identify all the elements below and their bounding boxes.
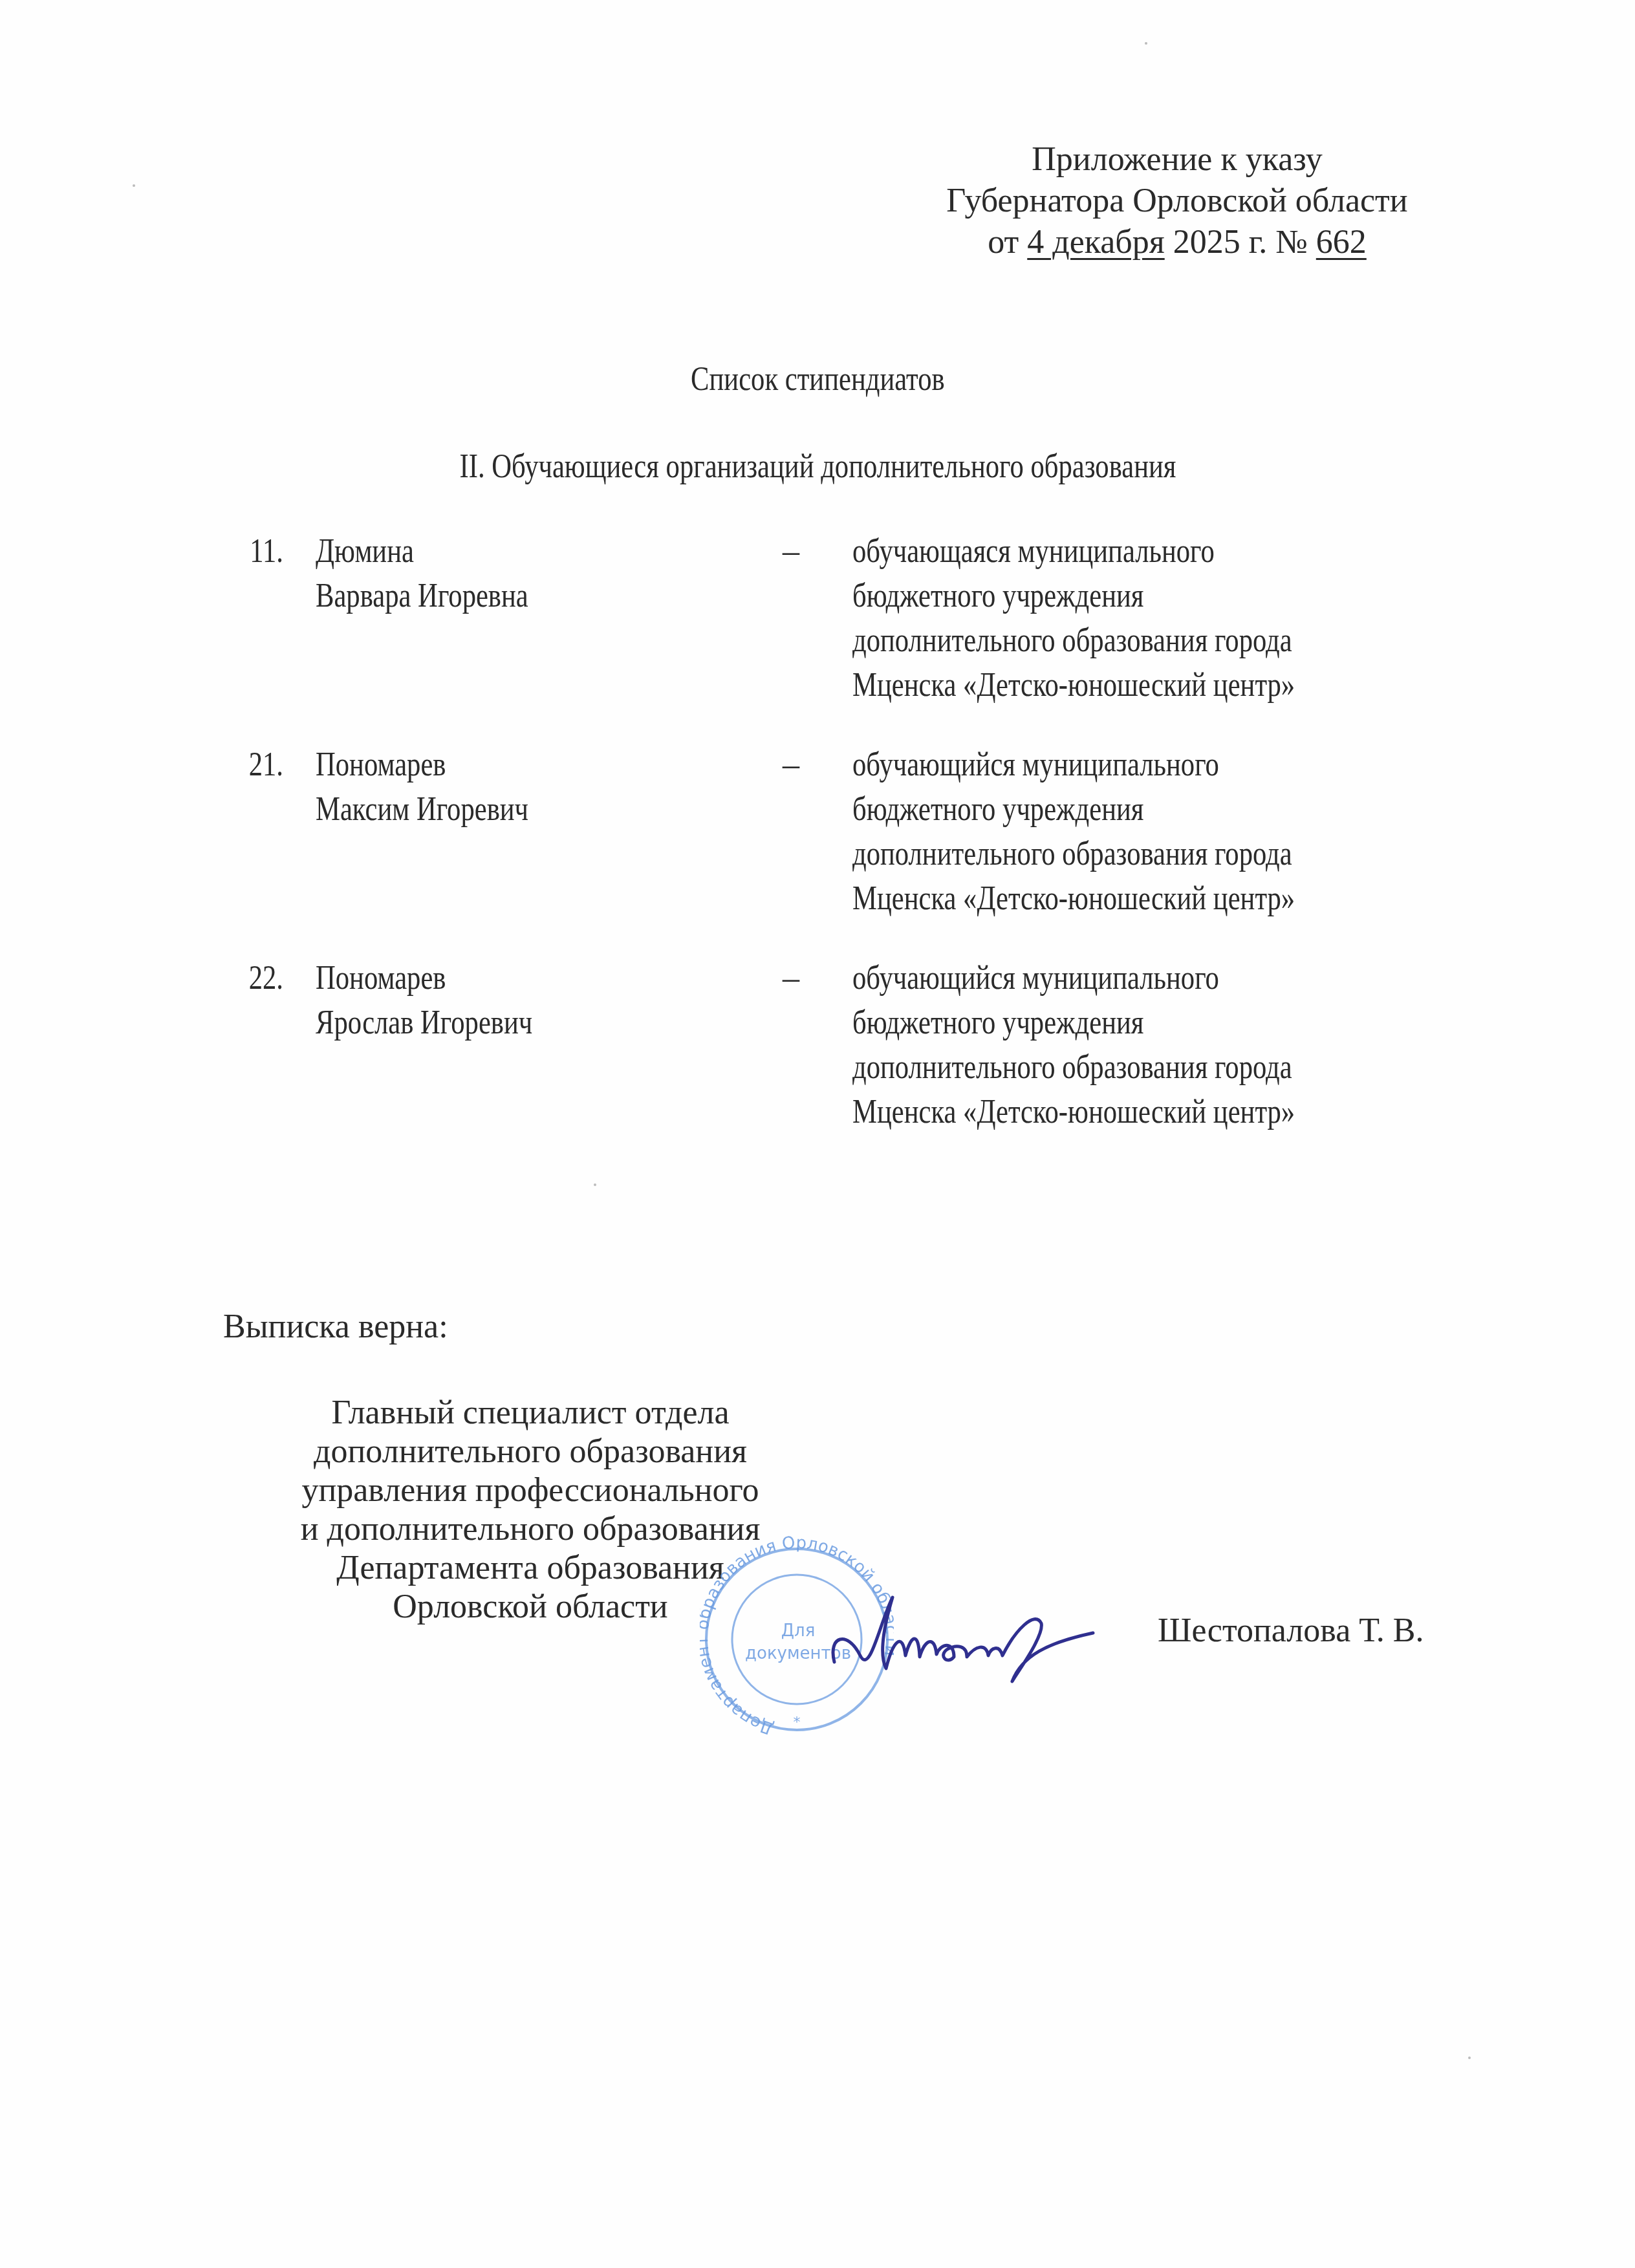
scan-speck xyxy=(1145,42,1147,45)
section-title-text: II. Обучающиеся организаций дополнительн… xyxy=(459,446,1176,488)
appendix-header: Приложение к указу Губернатора Орловской… xyxy=(893,139,1462,263)
entry-description-line: дополнительного образования города xyxy=(852,1045,1436,1090)
scan-speck xyxy=(133,184,135,187)
appendix-line-3: от 4 декабря 2025 г. № 662 xyxy=(893,222,1462,263)
entry-dash: – xyxy=(778,956,804,1000)
entry-description-line: дополнительного образования города xyxy=(852,618,1436,663)
entry-name: Пономарев Ярослав Игоревич xyxy=(316,956,687,1045)
list-item: 22. Пономарев Ярослав Игоревич – обучающ… xyxy=(206,956,1473,1169)
signer-position-line: дополнительного образования xyxy=(220,1432,841,1471)
entry-description-line: Мценска «Детско-юношеский центр» xyxy=(852,1090,1436,1134)
entry-description-line: Мценска «Детско-юношеский центр» xyxy=(852,876,1436,921)
entry-given-names: Ярослав Игоревич xyxy=(316,1000,687,1045)
handwritten-signature-icon xyxy=(821,1584,1132,1688)
entry-name: Дюмина Варвара Игоревна xyxy=(316,529,687,618)
entry-surname: Пономарев xyxy=(316,956,687,1000)
entry-description-line: бюджетного учреждения xyxy=(852,787,1436,832)
appendix-line-2: Губернатора Орловской области xyxy=(893,180,1462,222)
entry-number: 22. xyxy=(220,956,283,1000)
appendix-prefix: от xyxy=(988,224,1027,261)
entry-description: обучающаяся муниципального бюджетного уч… xyxy=(852,529,1436,707)
entry-description: обучающийся муниципального бюджетного уч… xyxy=(852,956,1436,1134)
signer-name: Шестопалова Т. В. xyxy=(1158,1610,1424,1652)
entry-surname: Дюмина xyxy=(316,529,687,574)
decree-date: 4 декабря xyxy=(1027,224,1164,261)
document-page: Приложение к указу Губернатора Орловской… xyxy=(0,0,1635,2268)
entry-number: 11. xyxy=(220,529,283,574)
scan-speck xyxy=(594,1183,596,1186)
entry-description-line: дополнительного образования города xyxy=(852,832,1436,876)
entry-description-line: обучающийся муниципального xyxy=(852,742,1436,787)
decree-number: 662 xyxy=(1316,224,1367,261)
section-title: II. Обучающиеся организаций дополнительн… xyxy=(0,446,1635,488)
appendix-line-1: Приложение к указу xyxy=(893,139,1462,180)
entry-description: обучающийся муниципального бюджетного уч… xyxy=(852,742,1436,921)
decree-year: 2025 г. № xyxy=(1165,224,1316,261)
entry-given-names: Варвара Игоревна xyxy=(316,574,687,618)
scan-speck xyxy=(1468,2057,1471,2059)
entry-description-line: обучающийся муниципального xyxy=(852,956,1436,1000)
stamp-inner-line-1: Для xyxy=(781,1621,816,1641)
entry-description-line: Мценска «Детско-юношеский центр» xyxy=(852,663,1436,707)
extract-certified-label: Выписка верна: xyxy=(223,1306,448,1348)
entry-description-line: бюджетного учреждения xyxy=(852,574,1436,618)
list-item: 11. Дюмина Варвара Игоревна – обучающаяс… xyxy=(206,529,1473,742)
list-title-text: Список стипендиатов xyxy=(691,359,945,400)
entry-dash: – xyxy=(778,742,804,787)
list-title: Список стипендиатов xyxy=(0,359,1635,400)
scholar-list: 11. Дюмина Варвара Игоревна – обучающаяс… xyxy=(206,529,1473,1169)
entry-description-line: обучающаяся муниципального xyxy=(852,529,1436,574)
entry-description-line: бюджетного учреждения xyxy=(852,1000,1436,1045)
entry-name: Пономарев Максим Игоревич xyxy=(316,742,687,832)
signer-position-line: Главный специалист отдела xyxy=(220,1394,841,1432)
list-item: 21. Пономарев Максим Игоревич – обучающи… xyxy=(206,742,1473,956)
entry-given-names: Максим Игоревич xyxy=(316,787,687,832)
entry-number: 21. xyxy=(220,742,283,787)
entry-surname: Пономарев xyxy=(316,742,687,787)
entry-dash: – xyxy=(778,529,804,574)
svg-text:*: * xyxy=(794,1714,801,1731)
signer-position-line: управления профессионального xyxy=(220,1471,841,1510)
